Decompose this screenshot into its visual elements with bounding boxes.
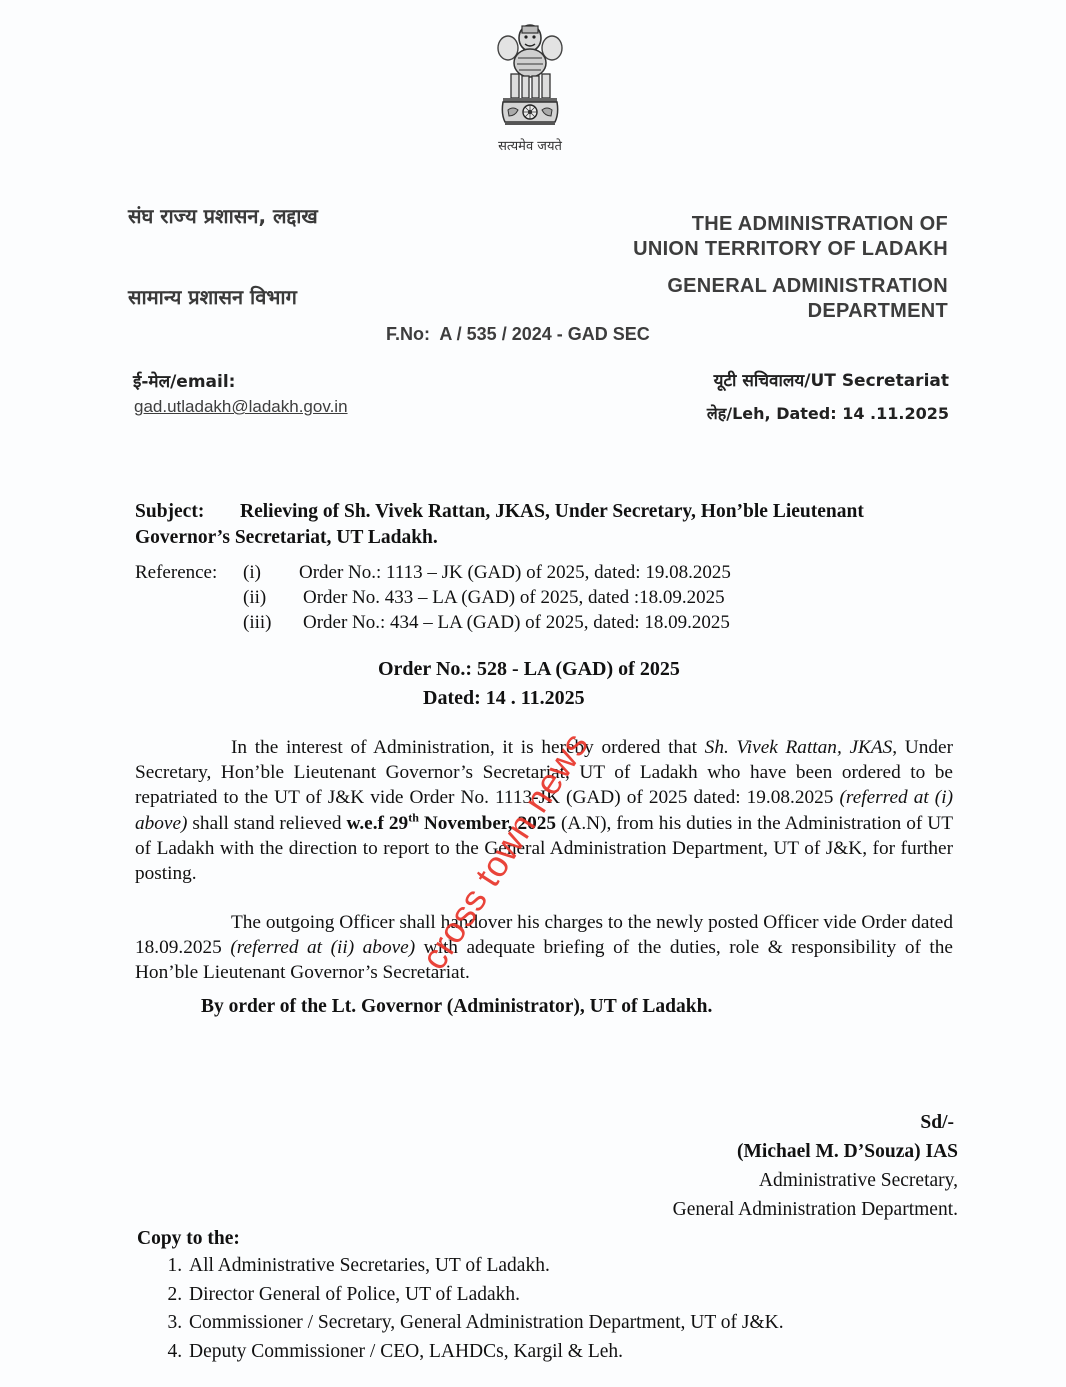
reference-label: Reference:: [135, 560, 243, 585]
signed-mark: Sd/-: [673, 1108, 958, 1137]
administration-title-line1: THE ADMINISTRATION OF: [633, 212, 948, 237]
by-order-line: By order of the Lt. Governor (Administra…: [201, 996, 712, 1018]
reference-number: (ii): [243, 585, 303, 610]
officer-name: Sh. Vivek Rattan, JKAS: [705, 737, 893, 758]
reference-note: (referred at (ii) above): [230, 937, 415, 958]
reference-text: Order No. 433 – LA (GAD) of 2025, dated …: [303, 585, 725, 610]
reference-number: (iii): [243, 610, 303, 635]
order-paragraph-2: The outgoing Officer shall handover his …: [135, 910, 953, 986]
lion-capital-icon: [491, 18, 569, 136]
order-number: Order No.: 528 - LA (GAD) of 2025: [378, 655, 680, 684]
copy-to-section: Copy to the: All Administrative Secretar…: [137, 1226, 784, 1366]
place-and-date: लेह/Leh, Dated: 14 .11.2025: [707, 402, 949, 424]
subject: Subject:Relieving of Sh. Vivek Rattan, J…: [135, 499, 955, 551]
hindi-department-title: सामान्य प्रशासन विभाग: [128, 283, 297, 310]
secretariat-label: यूटी सचिवालय/UT Secretariat: [714, 368, 949, 391]
reference-item: (iii) Order No.: 434 – LA (GAD) of 2025,…: [135, 610, 731, 635]
signatory-designation: Administrative Secretary,: [673, 1166, 958, 1195]
department-title-line2: DEPARTMENT: [667, 299, 948, 324]
emblem-motto: सत्यमेव जयते: [460, 136, 600, 154]
order-paragraph-1: In the interest of Administration, it is…: [135, 735, 953, 886]
department-title: GENERAL ADMINISTRATION DEPARTMENT: [667, 274, 948, 324]
department-title-line1: GENERAL ADMINISTRATION: [667, 274, 948, 299]
signatory-name: (Michael M. D’Souza) IAS: [673, 1137, 958, 1166]
reference-number: (i): [243, 560, 299, 585]
effective-date: w.e.f 29th November, 2025: [346, 813, 556, 834]
signature-block: Sd/- (Michael M. D’Souza) IAS Administra…: [673, 1108, 958, 1224]
administration-title: THE ADMINISTRATION OF UNION TERRITORY OF…: [633, 212, 948, 262]
signatory-department: General Administration Department.: [673, 1195, 958, 1224]
reference-item: Reference: (i) Order No.: 1113 – JK (GAD…: [135, 560, 731, 585]
reference-text: Order No.: 434 – LA (GAD) of 2025, dated…: [303, 610, 730, 635]
references: Reference: (i) Order No.: 1113 – JK (GAD…: [135, 560, 731, 635]
copy-to-list: All Administrative Secretaries, UT of La…: [137, 1252, 784, 1366]
list-item: Director General of Police, UT of Ladakh…: [187, 1281, 784, 1310]
administration-title-line2: UNION TERRITORY OF LADAKH: [633, 237, 948, 262]
list-item: Commissioner / Secretary, General Admini…: [187, 1309, 784, 1338]
reference-item: (ii) Order No. 433 – LA (GAD) of 2025, d…: [135, 585, 731, 610]
order-heading: Order No.: 528 - LA (GAD) of 2025 Dated:…: [378, 655, 680, 713]
subject-text: Relieving of Sh. Vivek Rattan, JKAS, Und…: [135, 501, 864, 548]
list-item: Deputy Commissioner / CEO, LAHDCs, Kargi…: [187, 1338, 784, 1367]
list-item: All Administrative Secretaries, UT of La…: [187, 1252, 784, 1281]
order-date: Dated: 14 . 11.2025: [378, 684, 680, 713]
copy-to-title: Copy to the:: [137, 1226, 784, 1252]
government-order-document: सत्यमेव जयते संघ राज्य प्रशासन, लद्दाख स…: [0, 0, 1066, 1387]
subject-label: Subject:: [135, 499, 240, 525]
hindi-administration-title: संघ राज्य प्रशासन, लद्दाख: [128, 202, 318, 229]
email-label: ई-मेल/email:: [133, 369, 235, 392]
email-link[interactable]: gad.utladakh@ladakh.gov.in: [134, 397, 348, 417]
file-number: F.No: A / 535 / 2024 - GAD SEC: [386, 324, 650, 345]
reference-text: Order No.: 1113 – JK (GAD) of 2025, date…: [299, 560, 731, 585]
